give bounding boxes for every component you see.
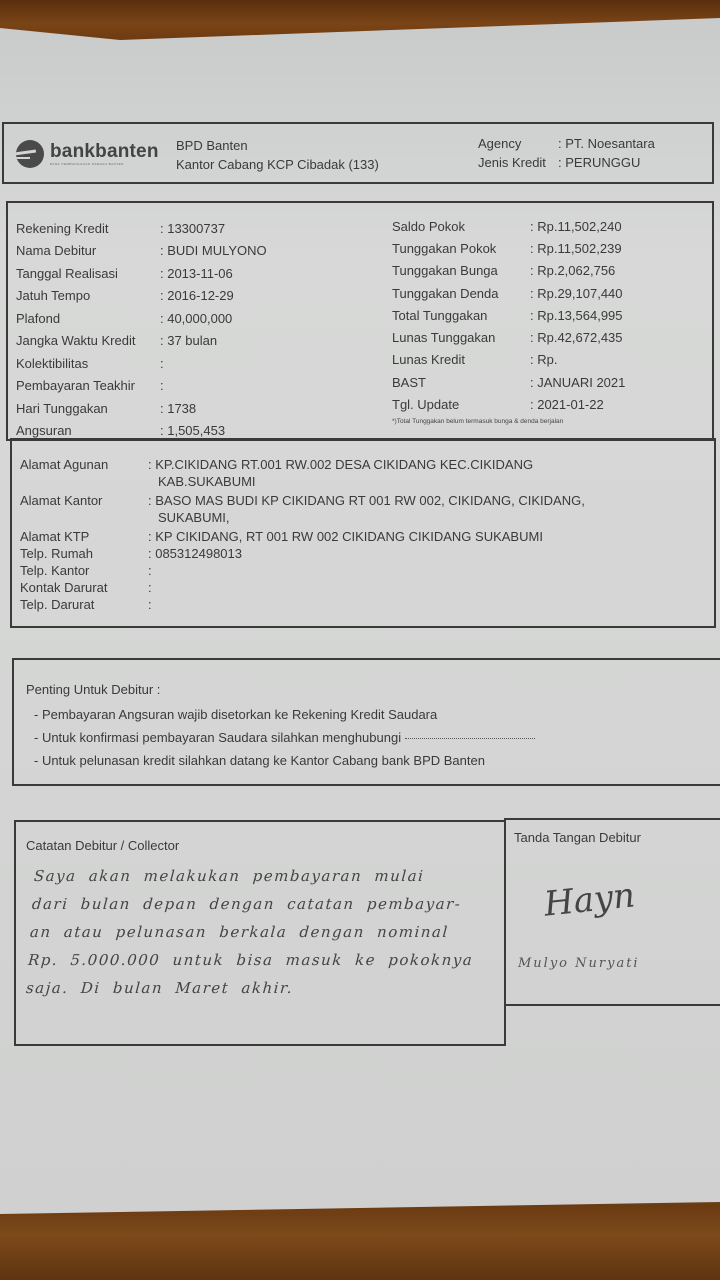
address-label: Alamat Agunan <box>20 456 148 490</box>
agency-value: : PT. Noesantara <box>558 134 655 153</box>
signature-section: Tanda Tangan Debitur Hayn Mulyo Nuryati <box>504 818 720 1006</box>
field-label: Jangka Waktu Kredit <box>16 333 160 348</box>
handwritten-line: saja. Di bulan Maret akhir. <box>25 974 497 1002</box>
field-value: : 40,000,000 <box>160 311 232 326</box>
address-row: Alamat Agunan: KP.CIKIDANG RT.001 RW.002… <box>20 456 608 490</box>
logo-tagline: BANK PEMBANGUNAN DAERAH BANTEN <box>50 162 159 166</box>
field-value: : JANUARI 2021 <box>530 375 625 390</box>
handwritten-note: Saya akan melakukan pembayaran mulaidari… <box>25 862 505 1002</box>
field-value: : Rp.11,502,240 <box>530 219 622 234</box>
field-label: Jatuh Tempo <box>16 288 160 303</box>
field-value: : Rp.13,564,995 <box>530 308 623 323</box>
address-value-line: : <box>148 579 608 596</box>
info-row: Jatuh Tempo: 2016-12-29 <box>16 285 267 308</box>
notice-section: Penting Untuk Debitur : - Pembayaran Ang… <box>12 658 720 786</box>
bank-name: BPD Banten <box>176 136 379 155</box>
address-row: Telp. Darurat: <box>20 596 608 613</box>
info-row: Rekening Kredit: 13300737 <box>16 217 267 240</box>
field-label: Lunas Kredit <box>392 352 530 367</box>
address-value: : <box>148 596 608 613</box>
handwritten-line: Rp. 5.000.000 untuk bisa masuk ke pokokn… <box>27 946 499 974</box>
info-row: Saldo Pokok: Rp.11,502,240 <box>392 215 625 237</box>
info-row: Lunas Tunggakan: Rp.42,672,435 <box>392 326 625 348</box>
address-value-line: : BASO MAS BUDI KP CIKIDANG RT 001 RW 00… <box>148 492 608 509</box>
field-label: Pembayaran Teakhir <box>16 378 160 393</box>
address-value-line: : <box>148 596 608 613</box>
address-label: Telp. Kantor <box>20 562 148 579</box>
info-row: Plafond: 40,000,000 <box>16 307 267 330</box>
document-header: bankbanten BANK PEMBANGUNAN DAERAH BANTE… <box>2 122 714 184</box>
field-label: Tunggakan Denda <box>392 286 530 301</box>
address-value: : 085312498013 <box>148 545 608 562</box>
signature-name: Mulyo Nuryati <box>518 956 640 971</box>
agency-label: Agency <box>478 134 558 153</box>
address-row: Alamat Kantor: BASO MAS BUDI KP CIKIDANG… <box>20 492 608 526</box>
info-row: Total Tunggakan: Rp.13,564,995 <box>392 304 625 326</box>
address-row: Kontak Darurat: <box>20 579 608 596</box>
field-value: : BUDI MULYONO <box>160 243 267 258</box>
field-value: : 2016-12-29 <box>160 288 234 303</box>
info-row: Hari Tunggakan: 1738 <box>16 397 267 420</box>
address-value-line: : KP.CIKIDANG RT.001 RW.002 DESA CIKIDAN… <box>148 456 608 473</box>
address-label: Alamat Kantor <box>20 492 148 526</box>
info-row: Pembayaran Teakhir: <box>16 375 267 398</box>
debtor-signature: Hayn <box>542 875 637 924</box>
address-value-line: : KP CIKIDANG, RT 001 RW 002 CIKIDANG CI… <box>148 528 608 545</box>
field-value: : 13300737 <box>160 221 225 236</box>
field-value: : 2021-01-22 <box>530 397 604 412</box>
field-label: Plafond <box>16 311 160 326</box>
notice-item: - Untuk konfirmasi pembayaran Saudara si… <box>34 726 535 749</box>
handwritten-line: dari bulan depan dengan catatan pembayar… <box>31 890 503 918</box>
field-label: Rekening Kredit <box>16 221 160 236</box>
field-value: : <box>160 378 164 393</box>
bank-logo: bankbanten BANK PEMBANGUNAN DAERAH BANTE… <box>16 140 159 168</box>
address-value: : KP CIKIDANG, RT 001 RW 002 CIKIDANG CI… <box>148 528 608 545</box>
field-value: : 1,505,453 <box>160 423 225 438</box>
field-label: Kolektibilitas <box>16 356 160 371</box>
loan-info-right: Saldo Pokok: Rp.11,502,240Tunggakan Poko… <box>392 215 625 425</box>
info-row: Tunggakan Bunga: Rp.2,062,756 <box>392 260 625 282</box>
address-row: Telp. Rumah: 085312498013 <box>20 545 608 562</box>
field-label: Angsuran <box>16 423 160 438</box>
field-label: Total Tunggakan <box>392 308 530 323</box>
field-value: : 1738 <box>160 401 196 416</box>
address-value-line: : <box>148 562 608 579</box>
table-surface-bottom <box>0 1205 720 1280</box>
notice-item-text: - Untuk konfirmasi pembayaran Saudara si… <box>34 730 401 745</box>
address-row: Telp. Kantor: <box>20 562 608 579</box>
jenis-kredit-value: : PERUNGGU <box>558 153 640 172</box>
info-row: Jangka Waktu Kredit: 37 bulan <box>16 330 267 353</box>
field-value: : Rp.11,502,239 <box>530 241 622 256</box>
address-label: Telp. Rumah <box>20 545 148 562</box>
collector-notes-label: Catatan Debitur / Collector <box>26 838 179 853</box>
field-label: Nama Debitur <box>16 243 160 258</box>
field-value: : Rp.29,107,440 <box>530 286 623 301</box>
handwritten-line: an atau pelunasan berkala dengan nominal <box>29 918 501 946</box>
notice-item: - Pembayaran Angsuran wajib disetorkan k… <box>34 703 535 726</box>
footnote: *)Total Tunggakan belum termasuk bunga &… <box>392 418 625 425</box>
info-row: Tunggakan Pokok: Rp.11,502,239 <box>392 237 625 259</box>
address-value-line: : 085312498013 <box>148 545 608 562</box>
logo-wordmark: bankbanten <box>50 142 159 162</box>
branch-name: Kantor Cabang KCP Cibadak (133) <box>176 155 379 174</box>
address-list: Alamat Agunan: KP.CIKIDANG RT.001 RW.002… <box>20 456 608 613</box>
field-value: : 37 bulan <box>160 333 217 348</box>
address-section: Alamat Agunan: KP.CIKIDANG RT.001 RW.002… <box>10 438 716 628</box>
field-label: Lunas Tunggakan <box>392 330 530 345</box>
field-value: : Rp.42,672,435 <box>530 330 623 345</box>
info-row: Tunggakan Denda: Rp.29,107,440 <box>392 282 625 304</box>
address-value-continuation: SUKABUMI, <box>148 509 608 526</box>
info-row: Kolektibilitas: <box>16 352 267 375</box>
address-label: Alamat KTP <box>20 528 148 545</box>
field-label: Tanggal Realisasi <box>16 266 160 281</box>
contact-blank-line <box>405 738 535 739</box>
address-value-continuation: KAB.SUKABUMI <box>148 473 608 490</box>
field-label: Saldo Pokok <box>392 219 530 234</box>
info-row: BAST: JANUARI 2021 <box>392 371 625 393</box>
field-value: : Rp.2,062,756 <box>530 263 615 278</box>
address-label: Kontak Darurat <box>20 579 148 596</box>
loan-info-section: Rekening Kredit: 13300737Nama Debitur: B… <box>6 201 714 441</box>
bankbanten-logo-icon <box>16 140 44 168</box>
jenis-kredit-label: Jenis Kredit <box>478 153 558 172</box>
info-row: Lunas Kredit: Rp. <box>392 349 625 371</box>
address-row: Alamat KTP: KP CIKIDANG, RT 001 RW 002 C… <box>20 528 608 545</box>
handwritten-line: Saya akan melakukan pembayaran mulai <box>33 862 505 890</box>
info-row: Nama Debitur: BUDI MULYONO <box>16 240 267 263</box>
notice-title: Penting Untuk Debitur : <box>26 682 535 697</box>
field-label: Tunggakan Bunga <box>392 263 530 278</box>
field-value: : <box>160 356 164 371</box>
field-label: Tgl. Update <box>392 397 530 412</box>
field-label: BAST <box>392 375 530 390</box>
address-value: : KP.CIKIDANG RT.001 RW.002 DESA CIKIDAN… <box>148 456 608 490</box>
address-value: : <box>148 579 608 596</box>
loan-info-left: Rekening Kredit: 13300737Nama Debitur: B… <box>16 217 267 442</box>
address-label: Telp. Darurat <box>20 596 148 613</box>
info-row: Tanggal Realisasi: 2013-11-06 <box>16 262 267 285</box>
field-label: Hari Tunggakan <box>16 401 160 416</box>
collector-notes-section: Catatan Debitur / Collector Saya akan me… <box>14 820 506 1046</box>
info-row: Tgl. Update: 2021-01-22 <box>392 393 625 415</box>
field-value: : Rp. <box>530 352 557 367</box>
address-value: : BASO MAS BUDI KP CIKIDANG RT 001 RW 00… <box>148 492 608 526</box>
address-value: : <box>148 562 608 579</box>
field-value: : 2013-11-06 <box>160 266 233 281</box>
notice-item: - Untuk pelunasan kredit silahkan datang… <box>34 749 535 772</box>
field-label: Tunggakan Pokok <box>392 241 530 256</box>
signature-label: Tanda Tangan Debitur <box>514 830 641 845</box>
